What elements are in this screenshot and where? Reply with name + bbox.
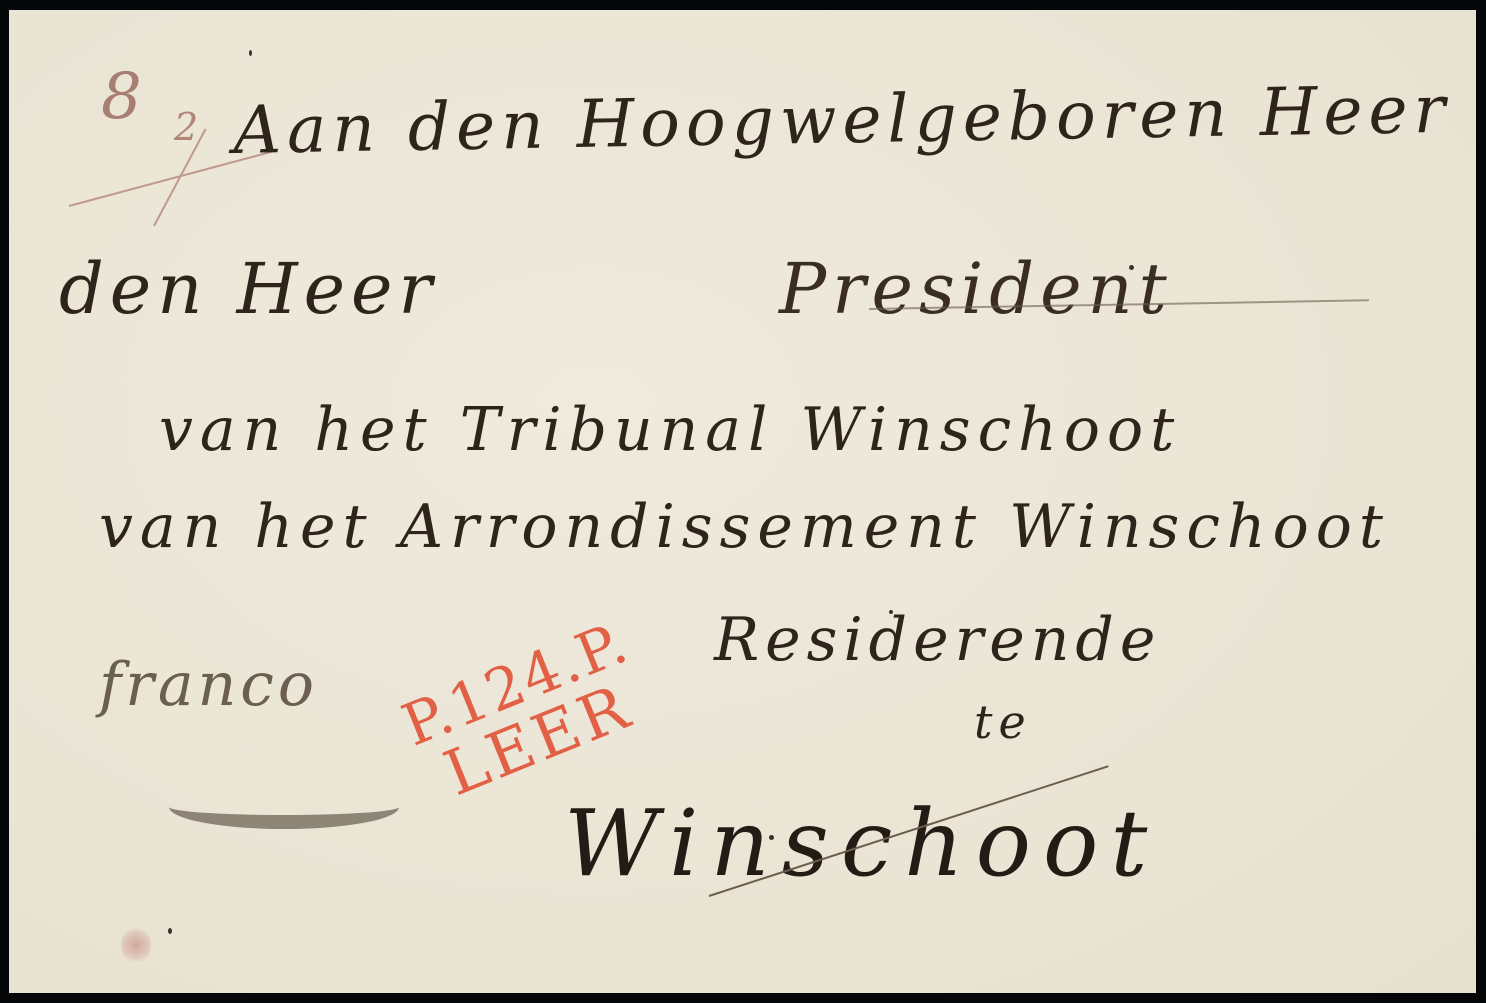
address-line-2-title: President (779, 248, 1173, 330)
address-line-6: te (974, 695, 1032, 749)
paper-speck (889, 610, 893, 614)
black-frame: 8 2 Aan den Hoogwelgeboren Heer den Heer… (0, 0, 1486, 1003)
address-line-3: van het Tribunal Winschoot (159, 395, 1181, 465)
address-line-1: Aan den Hoogwelgeboren Heer (233, 71, 1452, 169)
paper-speck (1129, 265, 1134, 270)
franco-swash (169, 785, 399, 829)
address-line-4: van het Arrondissement Winschoot (99, 492, 1390, 562)
paper-speck (168, 928, 172, 934)
postage-rate-mark-suffix: 2 (174, 105, 198, 149)
address-line-5: Residerende (714, 605, 1161, 675)
paper-speck (769, 835, 774, 840)
ink-smudge (121, 925, 151, 965)
address-line-2: den Heer (59, 248, 438, 330)
postage-rate-mark: 8 (101, 60, 142, 134)
franco-note: franco (99, 650, 318, 720)
letter-cover: 8 2 Aan den Hoogwelgeboren Heer den Heer… (9, 10, 1476, 993)
paper-speck (249, 50, 252, 56)
